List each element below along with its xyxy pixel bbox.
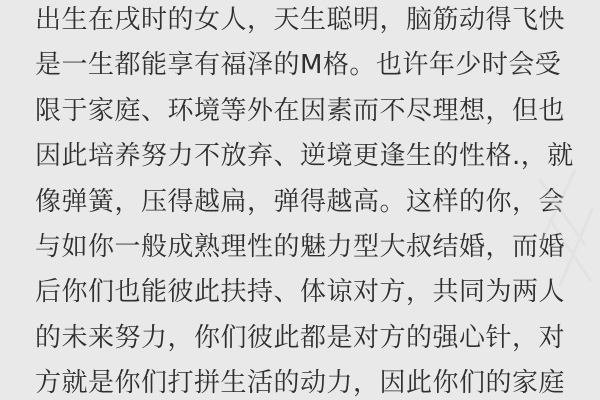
text-line: 后你们也能彼此扶持、体谅对方，共同为两人 [35, 270, 600, 315]
text-line: 是一生都能享有福泽的M格。也许年少时会受 [35, 43, 600, 88]
text-line: 出生在戌时的女人，天生聪明，脑筋动得飞快 [35, 0, 600, 43]
text-line: 与如你一般成熟理性的魅力型大叔结婚，而婚 [35, 225, 600, 270]
text-line: 因此培养努力不放弃、逆境更逢生的性格.，就 [35, 134, 600, 179]
text-line: 的未来努力，你们彼此都是对方的强心针，对 [35, 316, 600, 361]
paragraph-block: 出生在戌时的女人，天生聪明，脑筋动得飞快 是一生都能享有福泽的M格。也许年少时会… [35, 0, 600, 400]
text-line: 限于家庭、环境等外在因素而不尽理想，但也 [35, 89, 600, 134]
text-line: 像弹簧，压得越扁，弹得越高。这样的你，会 [35, 180, 600, 225]
text-line: 方就是你们打拼生活的动力，因此你们的家庭 [35, 361, 600, 400]
article-text-page: 出生在戌时的女人，天生聪明，脑筋动得飞快 是一生都能享有福泽的M格。也许年少时会… [0, 0, 600, 400]
